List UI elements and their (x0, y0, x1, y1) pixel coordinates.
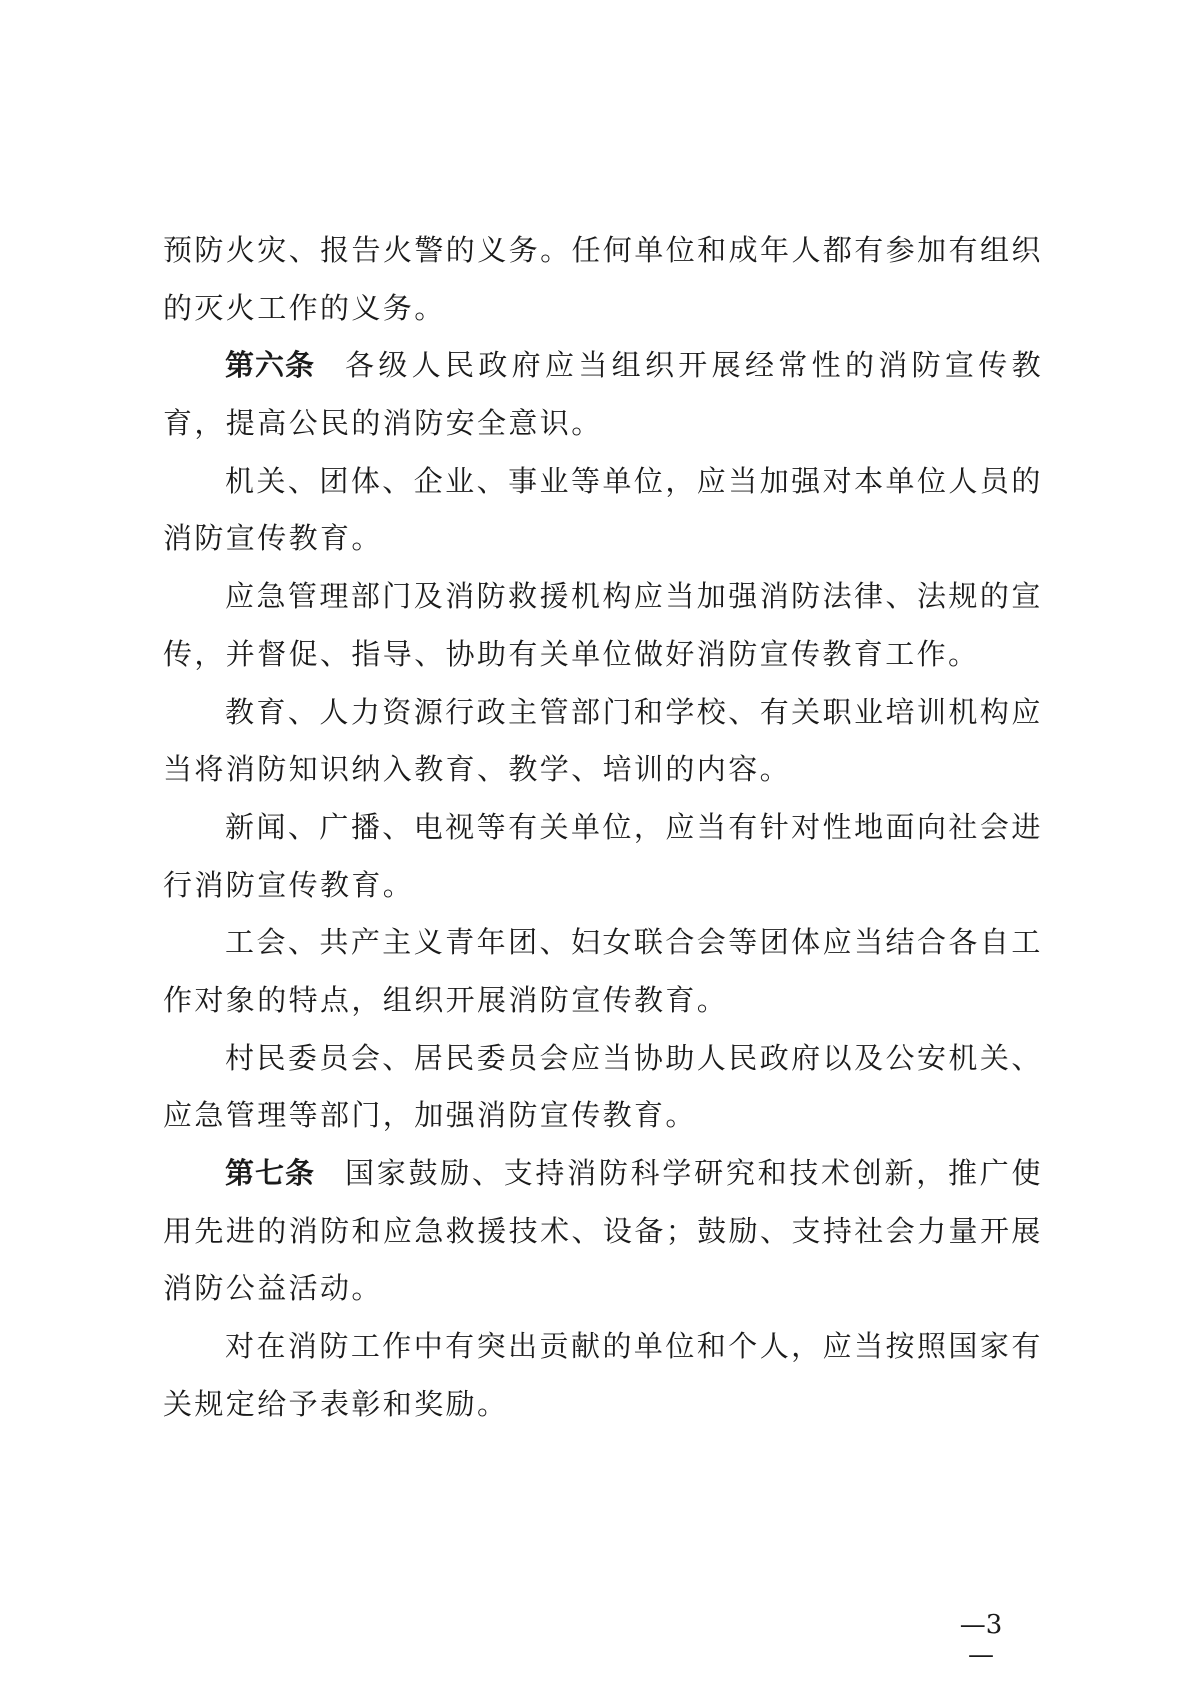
text-line: 作对象的特点，组织开展消防宣传教育。 (163, 972, 1043, 1030)
paragraph-text: 传，并督促、指导、协助有关单位做好消防宣传教育工作。 (163, 626, 979, 684)
text-line: 村民委员会、居民委员会应当协助人民政府以及公安机关、 (163, 1030, 1043, 1088)
text-line: 行消防宣传教育。 (163, 857, 1043, 915)
paragraph-text: 村民委员会、居民委员会应当协助人民政府以及公安机关、 (225, 1030, 1043, 1088)
text-line: 机关、团体、企业、事业等单位，应当加强对本单位人员的 (163, 453, 1043, 511)
text-line: 新闻、广播、电视等有关单位，应当有针对性地面向社会进 (163, 799, 1043, 857)
text-line: 对在消防工作中有突出贡献的单位和个人，应当按照国家有 (163, 1318, 1043, 1376)
text-line: 预防火灾、报告火警的义务。任何单位和成年人都有参加有组织 (163, 222, 1043, 280)
paragraph-text: 作对象的特点，组织开展消防宣传教育。 (163, 972, 728, 1030)
text-line: 应急管理部门及消防救援机构应当加强消防法律、法规的宣 (163, 568, 1043, 626)
article-heading-line: 第六条各级人民政府应当组织开展经常性的消防宣传教 (163, 337, 1043, 395)
article-number: 第七条 (225, 1145, 315, 1203)
paragraph-text: 预防火灾、报告火警的义务。任何单位和成年人都有参加有组织 (163, 222, 1043, 280)
text-line: 传，并督促、指导、协助有关单位做好消防宣传教育工作。 (163, 626, 1043, 684)
article-text: 国家鼓励、支持消防科学研究和技术创新，推广使 (345, 1145, 1043, 1203)
text-line: 当将消防知识纳入教育、教学、培训的内容。 (163, 741, 1043, 799)
paragraph-text: 的灭火工作的义务。 (163, 280, 446, 338)
text-line: 育，提高公民的消防安全意识。 (163, 395, 1043, 453)
text-line: 消防公益活动。 (163, 1260, 1043, 1318)
paragraph-text: 行消防宣传教育。 (163, 857, 414, 915)
document-body: 预防火灾、报告火警的义务。任何单位和成年人都有参加有组织的灭火工作的义务。第六条… (163, 222, 1043, 1433)
text-line: 教育、人力资源行政主管部门和学校、有关职业培训机构应 (163, 684, 1043, 742)
text-line: 应急管理等部门，加强消防宣传教育。 (163, 1087, 1043, 1145)
paragraph-text: 当将消防知识纳入教育、教学、培训的内容。 (163, 741, 791, 799)
paragraph-text: 应急管理部门及消防救援机构应当加强消防法律、法规的宣 (225, 568, 1043, 626)
paragraph-text: 机关、团体、企业、事业等单位，应当加强对本单位人员的 (225, 453, 1043, 511)
article-number: 第六条 (225, 337, 315, 395)
paragraph-text: 消防公益活动。 (163, 1260, 383, 1318)
article-text: 各级人民政府应当组织开展经常性的消防宣传教 (345, 337, 1043, 395)
paragraph-text: 用先进的消防和应急救援技术、设备；鼓励、支持社会力量开展 (163, 1203, 1043, 1261)
paragraph-text: 应急管理等部门，加强消防宣传教育。 (163, 1087, 697, 1145)
text-line: 工会、共产主义青年团、妇女联合会等团体应当结合各自工 (163, 914, 1043, 972)
paragraph-text: 对在消防工作中有突出贡献的单位和个人，应当按照国家有 (225, 1318, 1043, 1376)
text-line: 的灭火工作的义务。 (163, 280, 1043, 338)
paragraph-text: 工会、共产主义青年团、妇女联合会等团体应当结合各自工 (225, 914, 1043, 972)
paragraph-text: 教育、人力资源行政主管部门和学校、有关职业培训机构应 (225, 684, 1043, 742)
article-heading-line: 第七条国家鼓励、支持消防科学研究和技术创新，推广使 (163, 1145, 1043, 1203)
page-number: —3— (948, 1610, 1014, 1670)
paragraph-text: 关规定给予表彰和奖励。 (163, 1376, 508, 1434)
paragraph-text: 育，提高公民的消防安全意识。 (163, 395, 603, 453)
text-line: 消防宣传教育。 (163, 510, 1043, 568)
paragraph-text: 新闻、广播、电视等有关单位，应当有针对性地面向社会进 (225, 799, 1043, 857)
paragraph-text: 消防宣传教育。 (163, 510, 383, 568)
text-line: 用先进的消防和应急救援技术、设备；鼓励、支持社会力量开展 (163, 1203, 1043, 1261)
text-line: 关规定给予表彰和奖励。 (163, 1376, 1043, 1434)
